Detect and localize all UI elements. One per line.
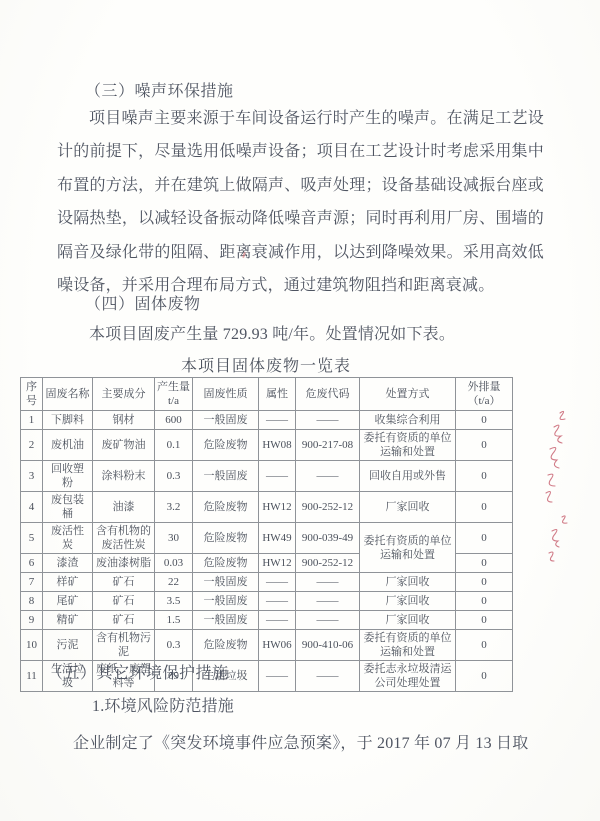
table-cell: 4: [21, 492, 43, 523]
table-cell: 0: [456, 492, 513, 523]
table-cell: 精矿: [43, 611, 93, 630]
table-cell: 厂家回收: [360, 573, 456, 592]
table-row: 10污泥含有机物污泥0.3危险废物HW06900-410-06委托有资质的单位运…: [21, 630, 513, 661]
solid-waste-table: 序号固废名称主要成分产生量 t/a固废性质属性危废代码处置方式外排量 （t/a）…: [20, 377, 513, 692]
section5-heading: （五）其它环境保护措施: [47, 660, 229, 683]
table-cell: 样矿: [43, 573, 93, 592]
table-cell: 一般固废: [193, 592, 259, 611]
table-cell: 0: [456, 611, 513, 630]
table-cell: 污泥: [43, 630, 93, 661]
table-cell: 委托有资质的单位运输和处置: [360, 430, 456, 461]
table-cell: 一般固废: [193, 461, 259, 492]
table-cell: 0.3: [155, 461, 193, 492]
table-cell: ——: [296, 411, 360, 430]
table-header-row: 序号固废名称主要成分产生量 t/a固废性质属性危废代码处置方式外排量 （t/a）: [21, 378, 513, 411]
table-cell: ——: [259, 411, 296, 430]
table-cell: 0: [456, 411, 513, 430]
table-cell: 0.1: [155, 430, 193, 461]
table-cell: 900-252-12: [296, 554, 360, 573]
table-cell: 0: [456, 430, 513, 461]
table-cell: 含有机物的废活性炭: [93, 523, 155, 554]
table-cell: 厂家回收: [360, 611, 456, 630]
table-cell: 0: [456, 573, 513, 592]
table-cell: 0: [456, 461, 513, 492]
table-cell: 一般固废: [193, 573, 259, 592]
table-row: 1下脚料钢材600一般固废————收集综合利用0: [21, 411, 513, 430]
table-cell: 委托有资质的单位运输和处置: [360, 523, 456, 573]
table-cell: HW06: [259, 630, 296, 661]
table-cell: 8: [21, 592, 43, 611]
table-cell: HW08: [259, 430, 296, 461]
table-cell: 11: [21, 661, 43, 692]
table-cell: ——: [259, 461, 296, 492]
table-cell: ——: [296, 592, 360, 611]
table-row: 5废活性炭含有机物的废活性炭30危险废物HW49900-039-49委托有资质的…: [21, 523, 513, 554]
table-cell: 矿石: [93, 592, 155, 611]
table-cell: 危险废物: [193, 630, 259, 661]
table-cell: HW12: [259, 554, 296, 573]
table-cell: 0: [456, 523, 513, 554]
table-cell: ——: [296, 573, 360, 592]
table-cell: 含有机物污泥: [93, 630, 155, 661]
table-cell: ——: [259, 611, 296, 630]
table-cell: 危险废物: [193, 554, 259, 573]
table-cell: 矿石: [93, 573, 155, 592]
table-cell: 900-252-12: [296, 492, 360, 523]
table-cell: 0: [456, 554, 513, 573]
table-row: 3回收塑粉涂料粉末0.3一般固废————回收自用或外售0: [21, 461, 513, 492]
table-cell: 6: [21, 554, 43, 573]
red-handwriting-annotation: [536, 405, 578, 565]
table-cell: 回收塑粉: [43, 461, 93, 492]
table-cell: 钢材: [93, 411, 155, 430]
table-cell: ——: [296, 611, 360, 630]
table-cell: ——: [296, 461, 360, 492]
table-cell: 30: [155, 523, 193, 554]
table-cell: 5: [21, 523, 43, 554]
table-cell: 3: [21, 461, 43, 492]
table-cell: HW49: [259, 523, 296, 554]
table-cell: 0: [456, 592, 513, 611]
table-cell: 油漆: [93, 492, 155, 523]
section4-heading: （四）固体废物: [85, 291, 201, 314]
risk-subheading: 1.环境风险防范措施: [92, 690, 234, 723]
table-cell: 废机油: [43, 430, 93, 461]
table-header-cell: 属性: [259, 378, 296, 411]
table-cell: 废矿物油: [93, 430, 155, 461]
table-cell: 漆渣: [43, 554, 93, 573]
table-cell: ——: [259, 592, 296, 611]
table-cell: 900-410-06: [296, 630, 360, 661]
noise-measures-paragraph: 项目噪声主要来源于车间设备运行时产生的噪声。在满足工艺设计的前提下，尽量选用低噪…: [57, 102, 544, 302]
table-header-cell: 序号: [21, 378, 43, 411]
table-row: 2废机油废矿物油0.1危险废物HW08900-217-08委托有资质的单位运输和…: [21, 430, 513, 461]
table-cell: 委托有资质的单位运输和处置: [360, 630, 456, 661]
section3-heading: （三）噪声环保措施: [85, 78, 234, 101]
table-cell: 900-217-08: [296, 430, 360, 461]
table-cell: 0.03: [155, 554, 193, 573]
table-cell: 600: [155, 411, 193, 430]
table-row: 7样矿矿石22一般固废————厂家回收0: [21, 573, 513, 592]
table-row: 4废包装桶油漆3.2危险废物HW12900-252-12厂家回收0: [21, 492, 513, 523]
table-cell: HW12: [259, 492, 296, 523]
table-title: 本项目固体废物一览表: [20, 353, 512, 376]
table-row: 8尾矿矿石3.5一般固废————厂家回收0: [21, 592, 513, 611]
table-cell: ——: [259, 573, 296, 592]
table-cell: 22: [155, 573, 193, 592]
table-row: 9精矿矿石1.5一般固废————厂家回收0: [21, 611, 513, 630]
table-cell: 7: [21, 573, 43, 592]
risk-paragraph: 企业制定了《突发环境事件应急预案》，于 2017 年 07 月 13 日取: [57, 727, 544, 760]
table-cell: 一般固废: [193, 411, 259, 430]
table-cell: 委托志永垃圾清运公司处理处置: [360, 661, 456, 692]
table-header-cell: 处置方式: [360, 378, 456, 411]
table-cell: 一般固废: [193, 611, 259, 630]
table-cell: ——: [296, 661, 360, 692]
table-cell: 厂家回收: [360, 592, 456, 611]
table-cell: ——: [259, 661, 296, 692]
table-header-cell: 固废性质: [193, 378, 259, 411]
table-cell: 危险废物: [193, 492, 259, 523]
table-cell: 1.5: [155, 611, 193, 630]
table-cell: 危险废物: [193, 430, 259, 461]
table-cell: 尾矿: [43, 592, 93, 611]
table-cell: 回收自用或外售: [360, 461, 456, 492]
table-cell: 危险废物: [193, 523, 259, 554]
table-cell: 1: [21, 411, 43, 430]
table-cell: 废油漆树脂: [93, 554, 155, 573]
table-cell: 3.5: [155, 592, 193, 611]
table-cell: 0.3: [155, 630, 193, 661]
table-cell: 下脚料: [43, 411, 93, 430]
table-cell: 废活性炭: [43, 523, 93, 554]
table-header-cell: 主要成分: [93, 378, 155, 411]
table-cell: 收集综合利用: [360, 411, 456, 430]
table-header-cell: 产生量 t/a: [155, 378, 193, 411]
table-cell: 10: [21, 630, 43, 661]
table-cell: 废包装桶: [43, 492, 93, 523]
table-body: 1下脚料钢材600一般固废————收集综合利用02废机油废矿物油0.1危险废物H…: [21, 411, 513, 692]
table-cell: 矿石: [93, 611, 155, 630]
solid-waste-intro-paragraph: 本项目固废产生量 729.93 吨/年。处置情况如下表。: [57, 318, 544, 351]
table-header-cell: 危废代码: [296, 378, 360, 411]
table-cell: 0: [456, 630, 513, 661]
table-cell: 2: [21, 430, 43, 461]
scanned-document-page: （三）噪声环保措施 项目噪声主要来源于车间设备运行时产生的噪声。在满足工艺设计的…: [0, 0, 600, 821]
table-cell: 900-039-49: [296, 523, 360, 554]
table-cell: 9: [21, 611, 43, 630]
table-header-cell: 固废名称: [43, 378, 93, 411]
table-header-cell: 外排量 （t/a）: [456, 378, 513, 411]
table-cell: 0: [456, 661, 513, 692]
table-cell: 涂料粉末: [93, 461, 155, 492]
table-cell: 厂家回收: [360, 492, 456, 523]
table-cell: 3.2: [155, 492, 193, 523]
